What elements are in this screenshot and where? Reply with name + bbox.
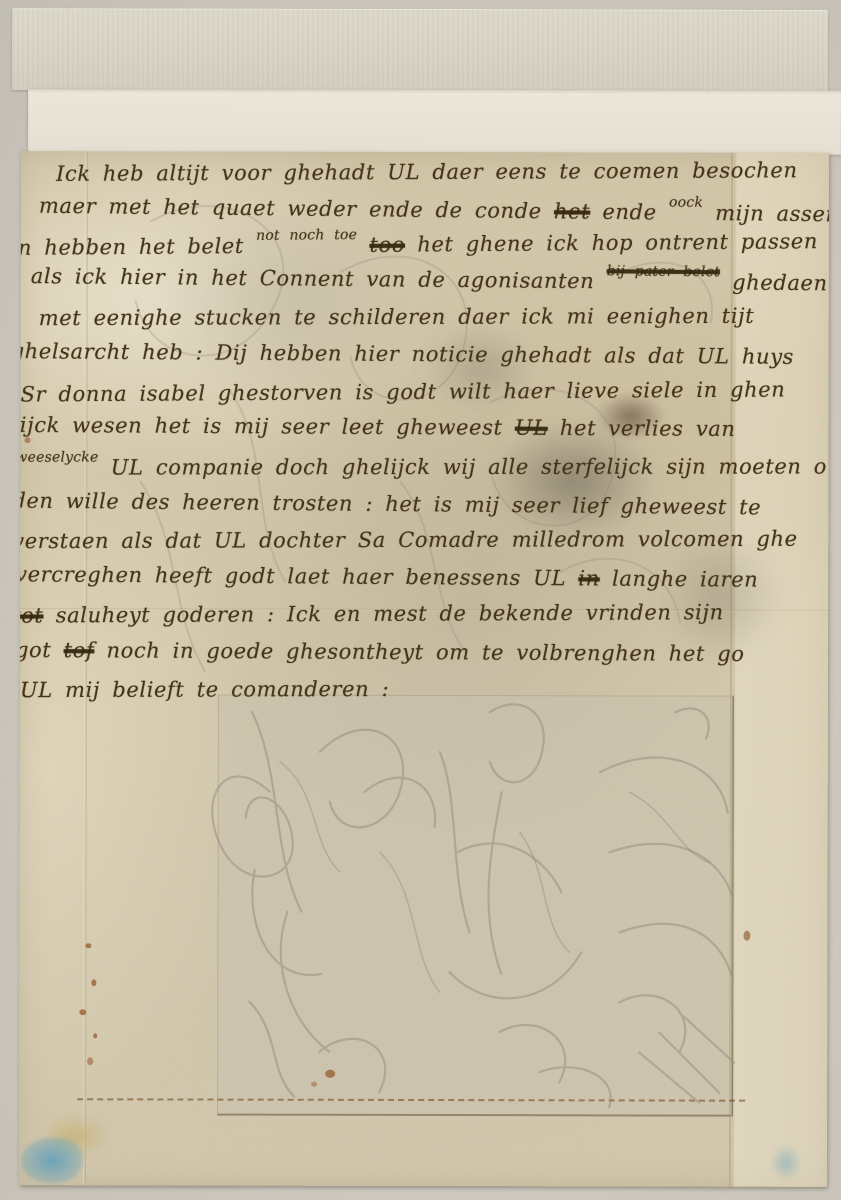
letter-sheet: Ick heb altijt voor ghehadt UL daer eens… — [19, 151, 829, 1187]
yellow-stain — [37, 1113, 111, 1159]
letter-line: en hebben het belet not noch toe too het… — [19, 228, 829, 260]
letter-line: got tof noch in goede ghesontheyt om te … — [19, 638, 745, 666]
letter-line: den wille des heeren trosten : het is mi… — [19, 489, 761, 520]
letter-text: den wille des heeren trosten : het is mi… — [19, 489, 761, 520]
letter-text: verstaen als dat UL dochter Sa Comadre m… — [19, 527, 798, 553]
crossed-out-word: bij pater belet — [607, 263, 720, 280]
letter-text: vercreghen heeft godt laet haer benessen… — [19, 562, 578, 590]
letter-line: verstaen als dat UL dochter Sa Comadre m… — [19, 527, 798, 553]
letter-line: lijck wesen het is mij seer leet ghewees… — [19, 413, 736, 441]
blue-pigment-stain — [21, 1137, 83, 1183]
letter-line: vercreghen heeft godt laet haer benessen… — [19, 562, 758, 591]
sketch-panel — [217, 695, 734, 1117]
letter-line: met eenighe stucken te schilderen daer i… — [39, 304, 755, 330]
letter-text: Sr donna isabel ghestorven is godt wilt … — [21, 377, 786, 406]
letter-text: UL mij belieft te comanderen : — [20, 677, 389, 702]
foxing-spot — [91, 979, 96, 986]
letter-text: saluheyt goderen : Ick en mest de bekend… — [43, 600, 723, 627]
foxing-spot — [311, 1082, 317, 1087]
letter-text: met eenighe stucken te schilderen daer i… — [39, 304, 755, 330]
letter-line: ghelsarcht heb : Dij hebben hier noticie… — [19, 339, 794, 369]
mount-strip-lower — [28, 89, 841, 154]
letter-text: ghelsarcht heb : Dij hebben hier noticie… — [19, 339, 794, 369]
letter-line: Sr donna isabel ghestorven is godt wilt … — [21, 377, 786, 406]
letter-text: langhe iaren — [600, 566, 759, 591]
photographed-manuscript: { "document": { "kind": "17th-century Du… — [0, 0, 841, 1200]
interlinear-insertion: oock — [669, 195, 703, 211]
foxing-spot — [87, 1057, 93, 1065]
letter-line: Ick heb altijt voor ghehadt UL daer eens… — [56, 158, 798, 186]
crossed-out-word: in — [578, 566, 600, 590]
letter-text: maer met het quaet weder ende de conde — [39, 194, 554, 224]
foxing-spot — [93, 1033, 97, 1038]
letter-text: ende — [590, 200, 669, 225]
foxing-spot — [743, 931, 750, 941]
letter-line: tot saluheyt goderen : Ick en mest de be… — [19, 600, 724, 627]
letter-line: als ick hier in het Connent van de agoni… — [31, 264, 829, 296]
letter-line: UL mij belieft te comanderen : — [20, 677, 389, 702]
foxing-spot — [24, 437, 30, 443]
letter-text: lijck wesen het is mij seer leet ghewees… — [19, 413, 515, 440]
letter-text: ghedaen sal heb — [720, 270, 829, 296]
letter-text: noch in goede ghesontheyt om te volbreng… — [94, 638, 744, 666]
interlinear-insertion: weeselycke — [19, 449, 99, 465]
letter-line: maer met het quaet weder ende de conde h… — [39, 194, 829, 227]
crossed-out-word: tot — [19, 603, 44, 627]
letter-text-block: Ick heb altijt voor ghehadt UL daer eens… — [20, 151, 829, 713]
foxing-spot — [79, 1009, 86, 1015]
foxing-spot — [85, 943, 91, 948]
letter-text: het ghene ick hop ontrent passen oft sin… — [405, 228, 829, 256]
foxing-spot — [325, 1070, 335, 1078]
letter-text: als ick hier in het Connent van de agoni… — [31, 264, 607, 293]
letter-text: en hebben het belet — [19, 234, 256, 260]
letter-text: mijn asseri — [703, 201, 829, 227]
letter-text — [357, 233, 369, 257]
letter-text: het verlies van — [548, 416, 736, 441]
crossed-out-word: het — [554, 199, 590, 223]
mount-strip-top — [12, 8, 828, 92]
letter-text: UL companie doch ghelijck wij alle sterf… — [98, 454, 829, 479]
letter-text: Ick heb altijt voor ghehadt UL daer eens… — [56, 158, 798, 186]
crossed-out-word: UL — [515, 416, 548, 440]
crossed-out-word: tof — [64, 638, 95, 662]
crossed-out-word: too — [369, 233, 405, 257]
interlinear-insertion: not noch toe — [256, 227, 357, 244]
letter-line: weeselycke UL companie doch ghelijck wij… — [19, 454, 829, 479]
letter-text: got — [19, 638, 64, 662]
